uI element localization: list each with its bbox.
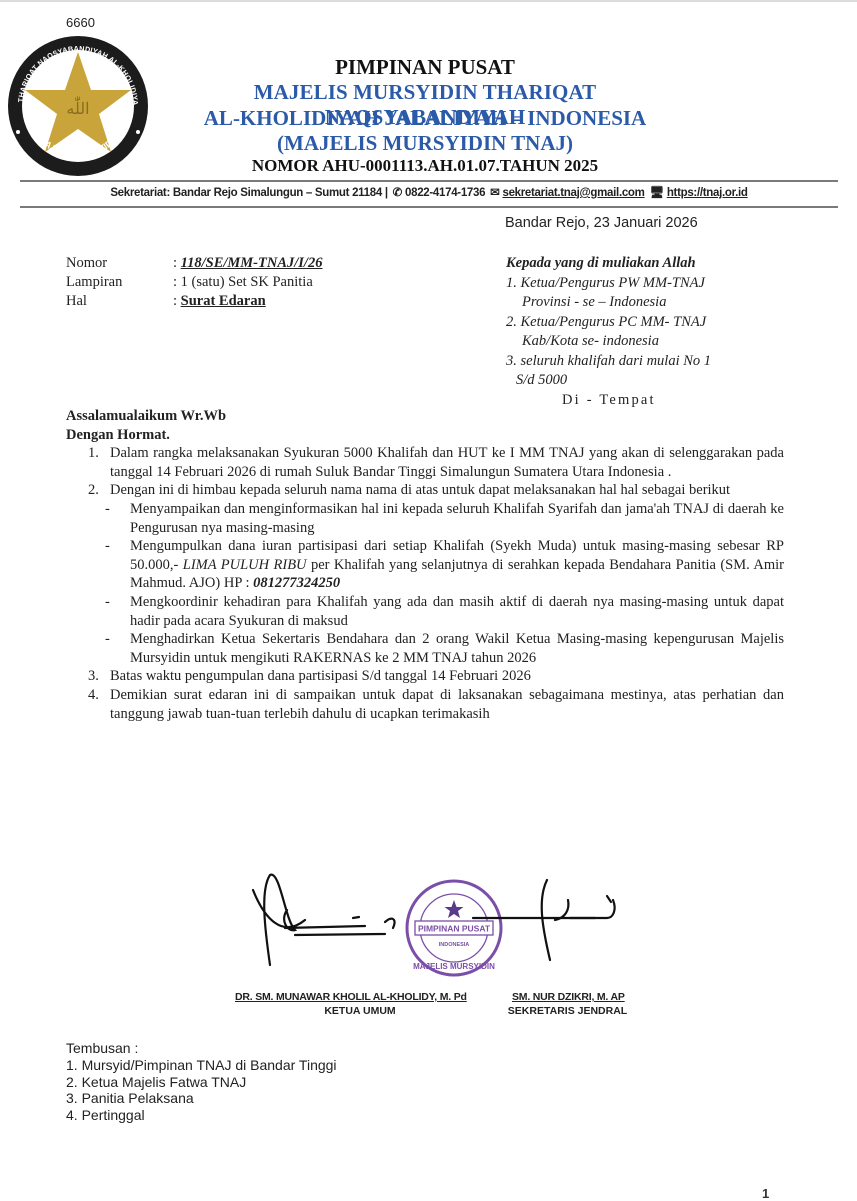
svg-text:PIMPINAN PUSAT: PIMPINAN PUSAT (418, 924, 491, 934)
organization-logo: اللّٰه THARIQAT NAQSYABANDIYAH AL-KHOLID… (3, 28, 153, 178)
svg-text:اللّٰه: اللّٰه (66, 95, 89, 118)
chairman-title: KETUA UMUM (290, 1005, 430, 1017)
addressee-line: S/d 5000 (506, 371, 711, 391)
amount-in-words: LIMA PULUH RIBU (183, 557, 307, 573)
salutation: Assalamualaikum Wr.Wb (66, 407, 784, 426)
signature-block: PIMPINAN PUSAT INDONESIA MAJELIS MURSYID… (225, 860, 645, 1020)
sub-item: - Menyampaikan dan menginformasikan hal … (66, 500, 784, 537)
sub-item-text: Mengkoordinir kehadiran para Khalifah ya… (130, 593, 784, 630)
addressee-line: 1. Ketua/Pengurus PW MM-TNAJ (506, 274, 711, 294)
body-item: 3. Batas waktu pengumpulan dana partisip… (66, 667, 784, 686)
addressee-line: Kab/Kota se- indonesia (506, 332, 711, 352)
addressee-heading: Kepada yang di muliakan Allah (506, 254, 711, 274)
item-text: Dengan ini di himbau kepada seluruh nama… (110, 481, 784, 500)
official-stamp-icon: PIMPINAN PUSAT INDONESIA MAJELIS MURSYID… (407, 881, 501, 975)
meta-row-lampiran: Lampiran : 1 (satu) Set SK Panitia (66, 273, 322, 292)
letter-date: Bandar Rejo, 23 Januari 2026 (505, 215, 698, 231)
letter-number: 118/SE/MM-TNAJ/I/26 (181, 255, 323, 271)
sub-item: - Menghadirkan Ketua Sekertaris Bendahar… (66, 630, 784, 667)
website-link[interactable]: https://tnaj.or.id (667, 187, 748, 199)
sub-item: - Mengkoordinir kehadiran para Khalifah … (66, 593, 784, 630)
item-number: 4. (66, 686, 110, 723)
dash-bullet: - (66, 537, 130, 593)
item-content: Dengan ini di himbau kepada seluruh nama… (110, 481, 784, 500)
carbon-copy-list: Tembusan : 1. Mursyid/Pimpinan TNAJ di B… (66, 1040, 337, 1124)
letterhead-contact-bar: Sekretariat: Bandar Rejo Simalungun – Su… (20, 185, 838, 199)
secretary-name: SM. NUR DZIKRI, M. AP (512, 991, 625, 1003)
addressee-block: Kepada yang di muliakan Allah 1. Ketua/P… (506, 254, 711, 410)
letterhead-registration-number: NOMOR AHU-0001113.AH.01.07.TAHUN 2025 (160, 156, 690, 176)
letter-body: Assalamualaikum Wr.Wb Dengan Hormat. 1. … (66, 407, 784, 723)
letterhead-divider-bottom (20, 206, 838, 208)
signature-and-stamp: PIMPINAN PUSAT INDONESIA MAJELIS MURSYID… (225, 860, 645, 990)
carbon-copy-item: 4. Pertinggal (66, 1107, 337, 1124)
body-item: 4. Demikian surat edaran ini di sampaika… (66, 686, 784, 723)
carbon-copy-item: 3. Panitia Pelaksana (66, 1090, 337, 1107)
addressee-line: 3. seluruh khalifah dari mulai No 1 (506, 352, 711, 372)
opening: Dengan Hormat. (66, 426, 784, 445)
svg-text:INDONESIA: INDONESIA (439, 942, 470, 948)
item-number: 1. (66, 444, 110, 481)
page-number: 1 (762, 1186, 769, 1201)
star-allah-emblem-icon: اللّٰه THARIQAT NAQSYABANDIYAH AL-KHOLID… (3, 28, 153, 178)
nomor-label: Nomor (66, 254, 173, 273)
sub-list: - Menyampaikan dan menginformasikan hal … (66, 500, 784, 667)
left-signature-icon (253, 875, 395, 965)
email-icon: ✉ (490, 185, 499, 199)
letterhead-title: PIMPINAN PUSAT (160, 55, 690, 80)
item-text: Batas waktu pengumpulan dana partisipasi… (110, 667, 784, 686)
hal-colon: : (173, 293, 181, 309)
letterhead-org-abbrev: (MAJELIS MURSYIDIN TNAJ) (160, 131, 690, 156)
letterhead-divider-top (20, 180, 838, 182)
phone-icon: ✆ (393, 185, 402, 199)
letterhead-org-name-cont: AL-KHOLIDIYAH JALALIYAH – INDONESIA (160, 106, 690, 131)
treasurer-phone: 081277324250 (253, 575, 340, 591)
dash-bullet: - (66, 500, 130, 537)
lampiran-label: Lampiran (66, 273, 173, 292)
sub-item-text: Menghadirkan Ketua Sekertaris Bendahara … (130, 630, 784, 667)
email-link[interactable]: sekretariat.tnaj@gmail.com (502, 187, 644, 199)
secretary-title: SEKRETARIS JENDRAL (505, 1005, 630, 1017)
item-text: Dalam rangka melaksanakan Syukuran 5000 … (110, 444, 784, 481)
phone-number: 0822-4174-1736 (405, 187, 485, 199)
meta-row-hal: Hal : Surat Edaran (66, 292, 322, 311)
body-sub-list-wrapper: - Menyampaikan dan menginformasikan hal … (66, 500, 784, 667)
monitor-icon: 🖥 (650, 185, 664, 199)
letter-subject: Surat Edaran (181, 293, 266, 309)
body-item: 2. Dengan ini di himbau kepada seluruh n… (66, 481, 784, 500)
dash-bullet: - (66, 630, 130, 667)
letter-meta: Nomor : 118/SE/MM-TNAJ/I/26 Lampiran : 1… (66, 254, 322, 311)
item-number: 3. (66, 667, 110, 686)
chairman-name: DR. SM. MUNAWAR KHOLIL AL-KHOLIDY, M. Pd (235, 991, 467, 1003)
item-text: Demikian surat edaran ini di sampaikan u… (110, 686, 784, 723)
item-number: 2. (66, 481, 110, 500)
meta-row-nomor: Nomor : 118/SE/MM-TNAJ/I/26 (66, 254, 322, 273)
right-signature-icon (473, 880, 615, 960)
body-list: 1. Dalam rangka melaksanakan Syukuran 50… (66, 444, 784, 723)
addressee-line: 2. Ketua/Pengurus PC MM- TNAJ (506, 313, 711, 333)
sub-item-text: Mengumpulkan dana iuran partisipasi dari… (130, 537, 784, 593)
carbon-copy-heading: Tembusan : (66, 1040, 337, 1057)
secretariat-address: Sekretariat: Bandar Rejo Simalungun – Su… (110, 187, 387, 199)
dash-bullet: - (66, 593, 130, 630)
addressee-line: Provinsi - se – Indonesia (506, 293, 711, 313)
sub-item-text: Menyampaikan dan menginformasikan hal in… (130, 500, 784, 537)
hal-label: Hal (66, 292, 173, 311)
sub-item: - Mengumpulkan dana iuran partisipasi da… (66, 537, 784, 593)
carbon-copy-item: 2. Ketua Majelis Fatwa TNAJ (66, 1074, 337, 1091)
lampiran-value: : 1 (satu) Set SK Panitia (173, 273, 313, 292)
nomor-colon: : (173, 255, 181, 271)
page-top-edge (0, 0, 857, 2)
carbon-copy-item: 1. Mursyid/Pimpinan TNAJ di Bandar Tingg… (66, 1057, 337, 1074)
svg-text:MAJELIS MURSYIDIN: MAJELIS MURSYIDIN (413, 962, 495, 971)
body-item: 1. Dalam rangka melaksanakan Syukuran 50… (66, 444, 784, 481)
